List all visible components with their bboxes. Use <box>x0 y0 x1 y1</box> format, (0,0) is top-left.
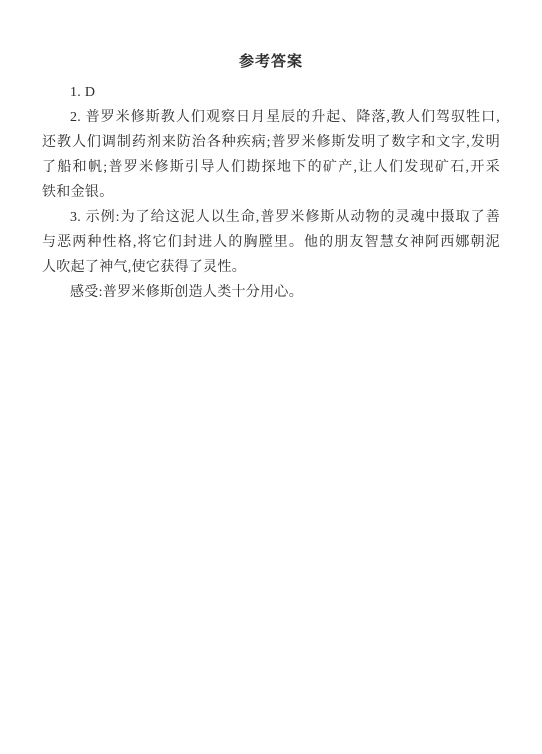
answer-body: 1. D 2. 普罗米修斯教人们观察日月星辰的升起、降落,教人们驾驭牲口, 还教… <box>42 80 500 305</box>
answer-1-line: 1. D <box>42 80 500 105</box>
answer-2-line-4: 铁和金银。 <box>42 180 500 205</box>
answer-3-line-3: 人吹起了神气,使它获得了灵性。 <box>42 255 500 280</box>
answer-3-line-2: 与恶两种性格,将它们封进人的胸膛里。他的朋友智慧女神阿西娜朝泥 <box>42 230 500 255</box>
answer-2-line-2: 还教人们调制药剂来防治各种疾病;普罗米修斯发明了数字和文字,发明 <box>42 130 500 155</box>
answer-3-feeling-line: 感受:普罗米修斯创造人类十分用心。 <box>42 280 500 305</box>
answer-3-line-1: 3. 示例:为了给这泥人以生命,普罗米修斯从动物的灵魂中摄取了善 <box>42 205 500 230</box>
answer-2-line-3: 了船和帆;普罗米修斯引导人们勘探地下的矿产,让人们发现矿石,开采 <box>42 155 500 180</box>
page-title: 参考答案 <box>0 53 542 71</box>
answer-key-page: 参考答案 1. D 2. 普罗米修斯教人们观察日月星辰的升起、降落,教人们驾驭牲… <box>0 0 542 754</box>
answer-2-line-1: 2. 普罗米修斯教人们观察日月星辰的升起、降落,教人们驾驭牲口, <box>42 105 500 130</box>
